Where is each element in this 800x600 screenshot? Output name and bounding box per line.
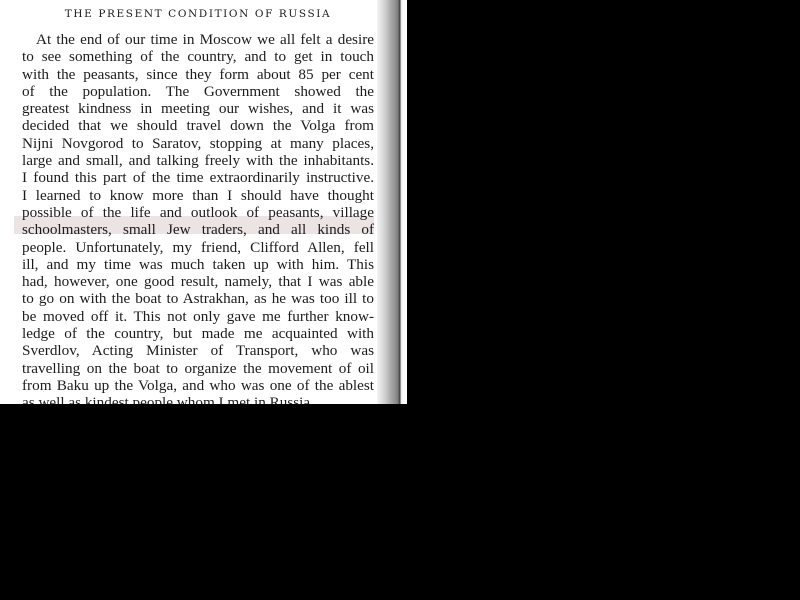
text-line: as well as kindest people whom I met in … — [22, 394, 374, 404]
text-line: I learned to know more than I should hav… — [22, 187, 374, 204]
paragraph: At the end of our time in Moscow we all … — [22, 31, 374, 404]
text-line: decided that we should travel down the V… — [22, 117, 374, 134]
text-line: people. Unfortunately, my friend, Cliffo… — [22, 239, 374, 256]
text-line: had, however, one good result, namely, t… — [22, 273, 374, 290]
page-binding-edge — [377, 0, 407, 404]
text-line: large and small, and talking freely with… — [22, 152, 374, 169]
text-line: from Baku up the Volga, and who was one … — [22, 377, 374, 394]
highlighted-text-line: schoolmasters, small Jew traders, and al… — [22, 221, 374, 238]
running-head: THE PRESENT CONDITION OF RUSSIA — [0, 8, 396, 20]
text-line: Sverdlov, Acting Minister of Transport, … — [22, 342, 374, 359]
text-line: At the end of our time in Moscow we all … — [22, 31, 374, 48]
text-line: with the peasants, since they form about… — [22, 66, 374, 83]
text-line: I found this part of the time extraordin… — [22, 169, 374, 186]
text-line: greatest kindness in meeting our wishes,… — [22, 100, 374, 117]
text-line: of the population. The Government showed… — [22, 83, 374, 100]
text-line: to see something of the country, and to … — [22, 48, 374, 65]
book-page: THE PRESENT CONDITION OF RUSSIA At the e… — [0, 0, 407, 404]
text-line: be moved off it. This not only gave me f… — [22, 308, 374, 325]
text-line: Nijni Novgorod to Saratov, stopping at m… — [22, 135, 374, 152]
text-line: ill, and my time was much taken up with … — [22, 256, 374, 273]
text-line: to go on with the boat to Astrakhan, as … — [22, 290, 374, 307]
text-line: travelling on the boat to organize the m… — [22, 360, 374, 377]
text-line: possible of the life and outlook of peas… — [22, 204, 374, 221]
text-line: ledge of the country, but made me acquai… — [22, 325, 374, 342]
